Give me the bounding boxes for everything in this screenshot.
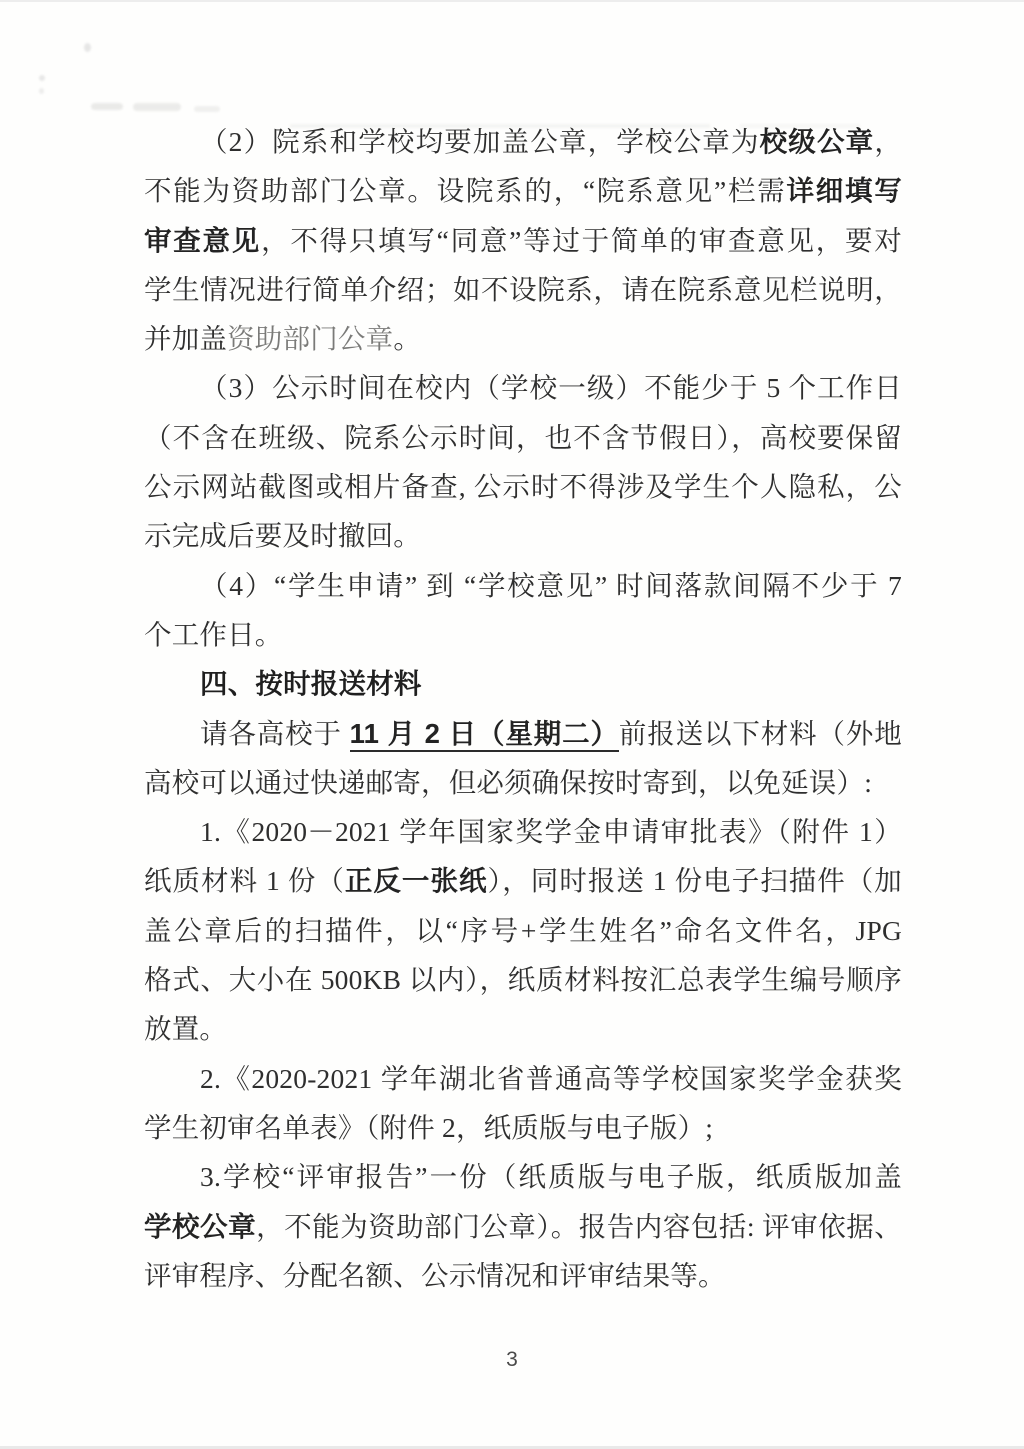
body-text: （4）“学生申请” 到 “学校意见” 时间落款间隔不少于 7 (200, 570, 902, 601)
text-line: 公示网站截图或相片备查, 公示时不得涉及学生个人隐私，公 (144, 462, 902, 511)
text-line: （不含在班级、院系公示时间，也不含节假日），高校要保留 (144, 413, 902, 462)
body-text: （3）公示时间在校内（学校一级）不能少于 5 个工作日 (200, 372, 902, 403)
text-line: 2.《2020-2021 学年湖北省普通高等学校国家奖学金获奖 (144, 1054, 902, 1103)
text-line: 学生初审名单表》（附件 2，纸质版与电子版）; (144, 1103, 902, 1152)
bold-text: 学校公章 (144, 1211, 256, 1242)
text-line: （4）“学生申请” 到 “学校意见” 时间落款间隔不少于 7 (144, 561, 902, 610)
body-text: 放置。 (144, 1013, 227, 1044)
body-text: 3.学校“评审报告”一份（纸质版与电子版，纸质版加盖 (200, 1161, 902, 1192)
body-text: （2）院系和学校均要加盖公章，学校公章为 (200, 126, 760, 157)
text-line: 学生情况进行简单介绍；如不设院系，请在院系意见栏说明， (144, 265, 902, 314)
body-text: 前报送以下材料（外地 (619, 718, 902, 749)
document-body: （2）院系和学校均要加盖公章，学校公章为校级公章， 不能为资助部门公章。设院系的… (144, 117, 902, 1300)
bold-text: 校级公章 (760, 126, 875, 157)
page-number: 3 (0, 1348, 1024, 1372)
scan-artifact (91, 103, 123, 110)
text-line: 3.学校“评审报告”一份（纸质版与电子版，纸质版加盖 (144, 1152, 902, 1201)
text-line: 高校可以通过快递邮寄，但必须确保按时寄到，以免延误）: (144, 758, 902, 807)
body-text: 学生情况进行简单介绍；如不设院系，请在院系意见栏说明， (144, 274, 902, 305)
body-text: 个工作日。 (144, 619, 283, 650)
body-text: 不能为资助部门公章。设院系的，“院系意见”栏需 (144, 175, 787, 206)
text-line: 纸质材料 1 份（正反一张纸），同时报送 1 份电子扫描件（加 (144, 856, 902, 905)
body-text: 评审程序、分配名额、公示情况和评审结果等。 (144, 1260, 726, 1291)
body-text: 请各高校于 (200, 718, 350, 749)
text-line: 格式、大小在 500KB 以内），纸质材料按汇总表学生编号顺序 (144, 955, 902, 1004)
text-line: 盖公章后的扫描件，以“序号+学生姓名”命名文件名，JPG (144, 906, 902, 955)
text-line: 放置。 (144, 1004, 902, 1053)
faded-text: 资助部门公章 (227, 323, 393, 354)
body-text: ），同时报送 1 份电子扫描件（加 (488, 865, 902, 896)
body-text: ，不能为资助部门公章）。报告内容包括: 评审依据、 (256, 1211, 902, 1242)
body-text: ，不得只填写“同意”等过于简单的审查意见，要对 (261, 225, 902, 256)
text-line: 审查意见，不得只填写“同意”等过于简单的审查意见，要对 (144, 216, 902, 265)
body-text: 纸质材料 1 份（ (144, 865, 345, 896)
body-text: 盖公章后的扫描件，以“序号+学生姓名”命名文件名，JPG (144, 915, 902, 946)
text-line: 个工作日。 (144, 610, 902, 659)
scan-artifact (84, 43, 91, 52)
scan-edge-top (0, 0, 1024, 2)
body-text: （不含在班级、院系公示时间，也不含节假日），高校要保留 (144, 422, 902, 453)
text-line: （2）院系和学校均要加盖公章，学校公章为校级公章， (144, 117, 902, 166)
body-text: 2.《2020-2021 学年湖北省普通高等学校国家奖学金获奖 (200, 1063, 902, 1094)
heading-text: 四、按时报送材料 (200, 668, 422, 699)
scan-artifact (39, 88, 44, 94)
body-text: 学生初审名单表》（附件 2，纸质版与电子版）; (144, 1112, 713, 1143)
text-line: 示完成后要及时撤回。 (144, 511, 902, 560)
text-line: 不能为资助部门公章。设院系的，“院系意见”栏需详细填写 (144, 166, 902, 215)
bold-text: 详细填写 (787, 175, 903, 206)
scan-artifact (39, 75, 45, 81)
text-line: 学校公章，不能为资助部门公章）。报告内容包括: 评审依据、 (144, 1202, 902, 1251)
body-text: 并加盖 (144, 323, 227, 354)
text-line: （3）公示时间在校内（学校一级）不能少于 5 个工作日 (144, 363, 902, 412)
text-line: 并加盖资助部门公章。 (144, 314, 902, 363)
section-heading: 四、按时报送材料 (144, 659, 902, 708)
body-text: 格式、大小在 500KB 以内），纸质材料按汇总表学生编号顺序 (144, 964, 902, 995)
bold-text: 审查意见 (144, 225, 261, 256)
scan-artifact (133, 103, 181, 111)
body-text: ， (874, 126, 902, 157)
body-text: 示完成后要及时撤回。 (144, 520, 421, 551)
body-text: 公示网站截图或相片备查, 公示时不得涉及学生个人隐私，公 (144, 471, 902, 502)
deadline-date: 11 月 2 日（星期二） (350, 718, 619, 752)
text-line: 1.《2020－2021 学年国家奖学金申请审批表》（附件 1） (144, 807, 902, 856)
body-text: 。 (393, 323, 421, 354)
scan-artifact (194, 106, 220, 112)
body-text: 高校可以通过快递邮寄，但必须确保按时寄到，以免延误）: (144, 767, 872, 798)
bold-text: 正反一张纸 (345, 865, 488, 896)
text-line: 请各高校于 11 月 2 日（星期二）前报送以下材料（外地 (144, 709, 902, 758)
text-line: 评审程序、分配名额、公示情况和评审结果等。 (144, 1251, 902, 1300)
body-text: 1.《2020－2021 学年国家奖学金申请审批表》（附件 1） (200, 816, 902, 847)
